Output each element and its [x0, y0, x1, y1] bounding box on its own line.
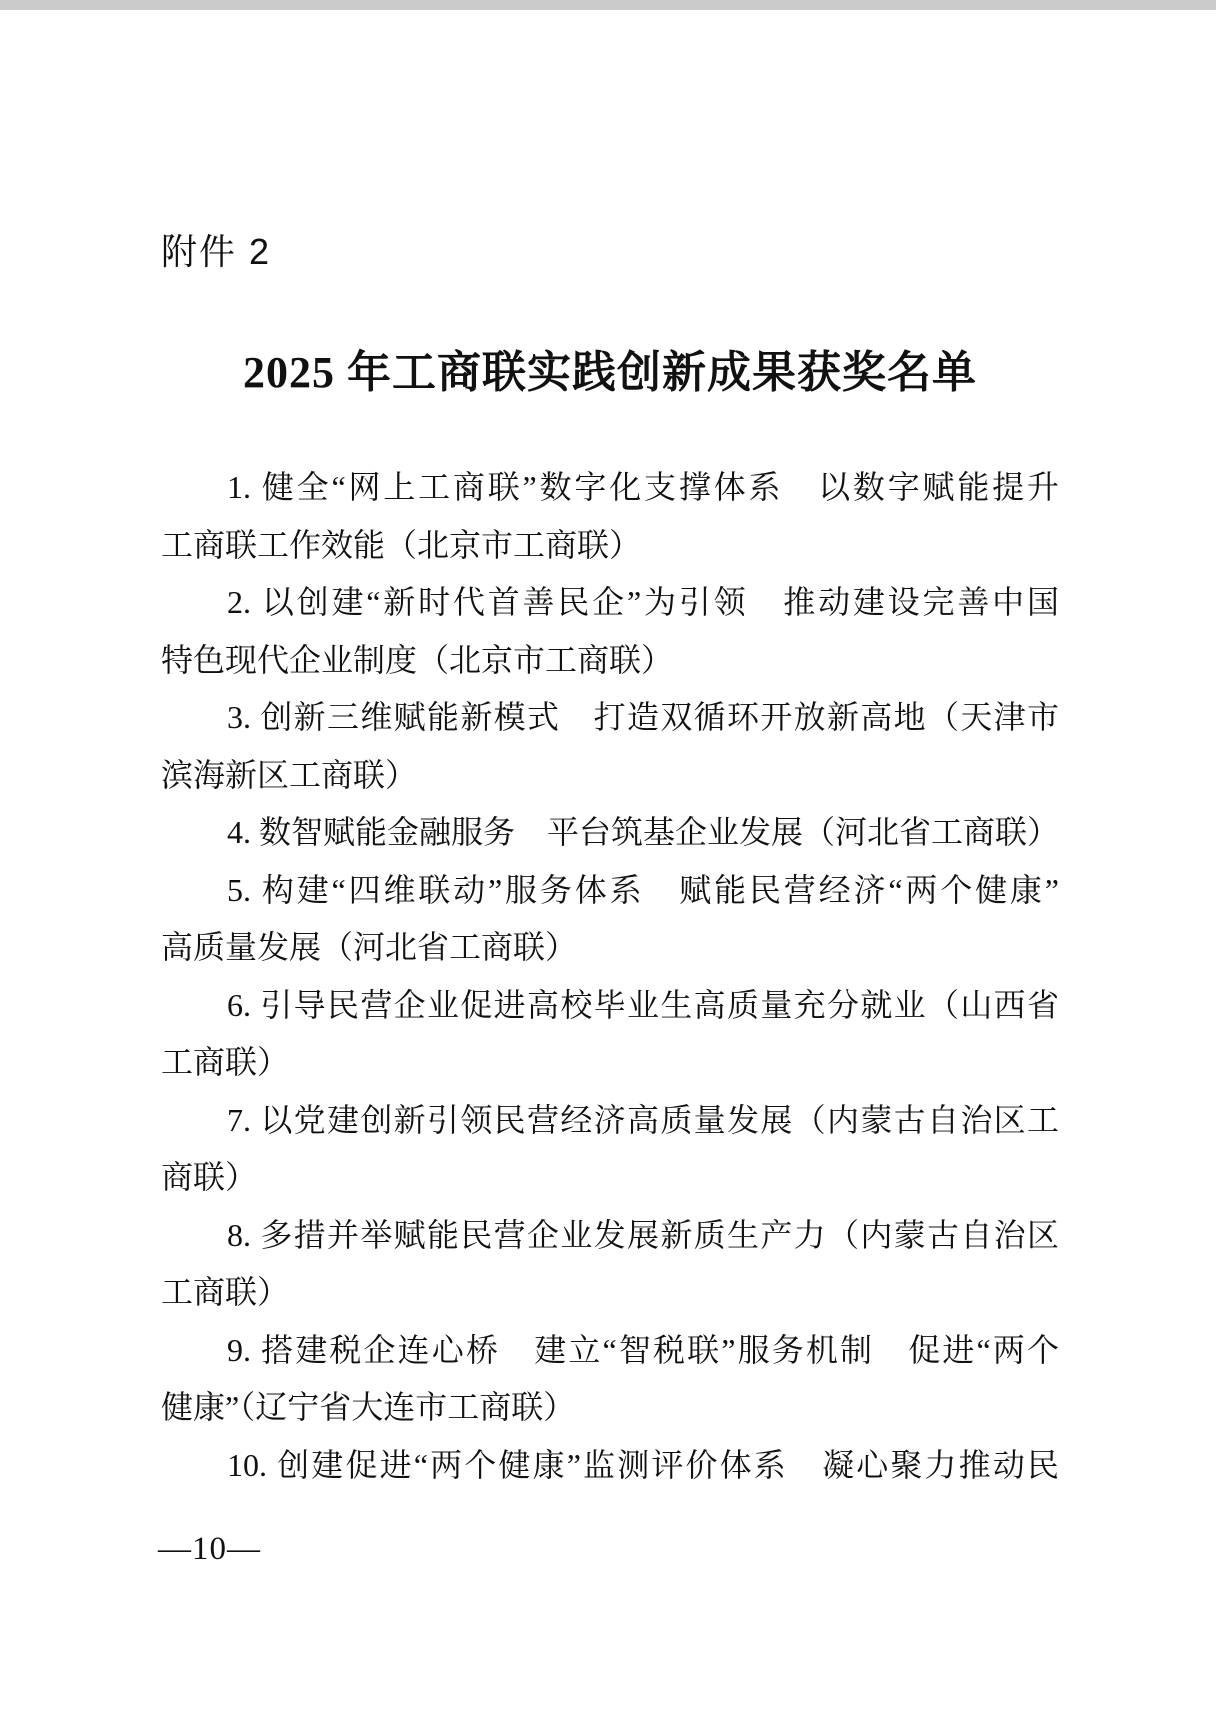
list-item-line: 1. 健全“网上工商联”数字化支撑体系 以数字赋能提升 — [161, 459, 1059, 517]
list-item-line: 3. 创新三维赋能新模式 打造双循环开放新高地（天津市 — [161, 689, 1059, 747]
list-item-line: 2. 以创建“新时代首善民企”为引领 推动建设完善中国 — [161, 574, 1059, 632]
list-item-line: 工商联工作效能（北京市工商联） — [161, 517, 1059, 575]
list-item: 9. 搭建税企连心桥 建立“智税联”服务机制 促进“两个健康”（辽宁省大连市工商… — [161, 1322, 1059, 1437]
list-item-line: 健康”（辽宁省大连市工商联） — [161, 1379, 1059, 1437]
list-item-line: 8. 多措并举赋能民营企业发展新质生产力（内蒙古自治区 — [161, 1207, 1059, 1265]
list-item-line: 4. 数智赋能金融服务 平台筑基企业发展（河北省工商联） — [161, 804, 1059, 862]
list-item: 5. 构建“四维联动”服务体系 赋能民营经济“两个健康”高质量发展（河北省工商联… — [161, 862, 1059, 977]
list-item-line: 工商联） — [161, 1034, 1059, 1092]
list-item: 3. 创新三维赋能新模式 打造双循环开放新高地（天津市滨海新区工商联） — [161, 689, 1059, 804]
list-item-line: 特色现代企业制度（北京市工商联） — [161, 632, 1059, 690]
list-item: 6. 引导民营企业促进高校毕业生高质量充分就业（山西省工商联） — [161, 977, 1059, 1092]
list-item-line: 工商联） — [161, 1264, 1059, 1322]
list-item: 4. 数智赋能金融服务 平台筑基企业发展（河北省工商联） — [161, 804, 1059, 862]
list-item-line: 7. 以党建创新引领民营经济高质量发展（内蒙古自治区工 — [161, 1092, 1059, 1150]
list-item-line: 高质量发展（河北省工商联） — [161, 919, 1059, 977]
list-item-line: 10. 创建促进“两个健康”监测评价体系 凝心聚力推动民 — [161, 1437, 1059, 1495]
list-item: 1. 健全“网上工商联”数字化支撑体系 以数字赋能提升工商联工作效能（北京市工商… — [161, 459, 1059, 574]
list-item: 2. 以创建“新时代首善民企”为引领 推动建设完善中国特色现代企业制度（北京市工… — [161, 574, 1059, 689]
page-number: —10— — [158, 1531, 261, 1568]
list-item-line: 商联） — [161, 1149, 1059, 1207]
document-page: 附件 2 2025 年工商联实践创新成果获奖名单 1. 健全“网上工商联”数字化… — [0, 0, 1216, 1718]
award-list: 1. 健全“网上工商联”数字化支撑体系 以数字赋能提升工商联工作效能（北京市工商… — [161, 459, 1059, 1494]
list-item-line: 9. 搭建税企连心桥 建立“智税联”服务机制 促进“两个 — [161, 1322, 1059, 1380]
list-item-line: 5. 构建“四维联动”服务体系 赋能民营经济“两个健康” — [161, 862, 1059, 920]
page-title: 2025 年工商联实践创新成果获奖名单 — [161, 336, 1059, 400]
list-item: 8. 多措并举赋能民营企业发展新质生产力（内蒙古自治区工商联） — [161, 1207, 1059, 1322]
list-item-line: 6. 引导民营企业促进高校毕业生高质量充分就业（山西省 — [161, 977, 1059, 1035]
list-item: 7. 以党建创新引领民营经济高质量发展（内蒙古自治区工商联） — [161, 1092, 1059, 1207]
list-item: 10. 创建促进“两个健康”监测评价体系 凝心聚力推动民 — [161, 1437, 1059, 1495]
attachment-label: 附件 2 — [161, 224, 271, 275]
list-item-line: 滨海新区工商联） — [161, 747, 1059, 805]
scan-edge-bar — [0, 0, 1216, 10]
